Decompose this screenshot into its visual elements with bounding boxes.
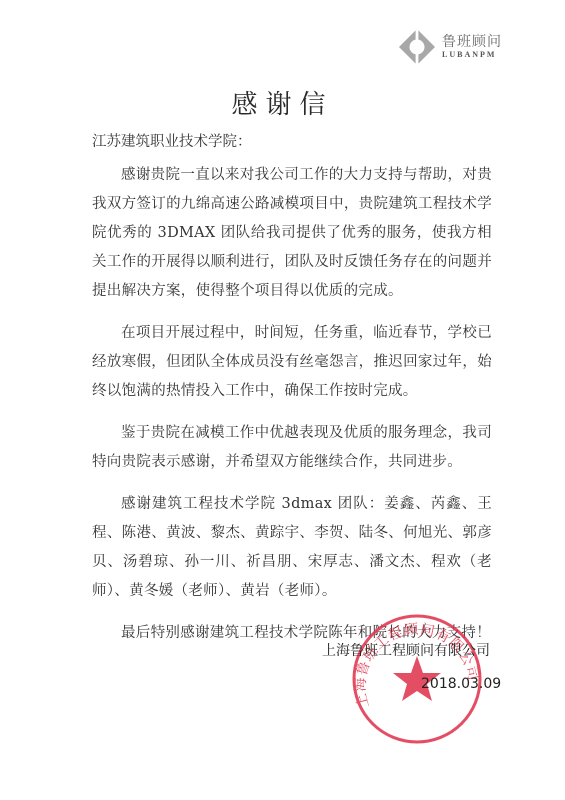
paragraph-team-members: 感谢建筑工程技术学院 3dmax 团队：姜鑫、芮鑫、王程、陈港、黄波、黎杰、黄踪…: [92, 490, 492, 606]
luban-diamond-logo-icon: [398, 28, 436, 66]
paragraph-process: 在项目开展过程中，时间短，任务重，临近春节，学校已经放寒假，但团队全体成员没有丝…: [92, 319, 492, 406]
logo-name-cn: 鲁班顾问: [442, 34, 502, 50]
salutation: 江苏建筑职业技术学院：: [92, 128, 492, 157]
letter-date: 2018.03.09: [421, 676, 501, 692]
paragraph-gratitude: 鉴于贵院在减模工作中优越表现及优质的服务理念，我司特向贵院表示感谢，并希望双方能…: [92, 419, 492, 477]
paragraph-thanks: 感谢贵院一直以来对我公司工作的大力支持与帮助，对贵我双方签订的九绵高速公路减模项…: [92, 161, 492, 306]
logo-name-en: LUBANPM: [442, 50, 502, 60]
letter-title: 感谢信: [0, 84, 565, 121]
signature-company: 上海鲁班工程顾问有限公司: [322, 640, 490, 660]
company-logo: 鲁班顾问 LUBANPM: [398, 28, 502, 66]
letter-body: 江苏建筑职业技术学院： 感谢贵院一直以来对我公司工作的大力支持与帮助，对贵我双方…: [92, 128, 492, 661]
